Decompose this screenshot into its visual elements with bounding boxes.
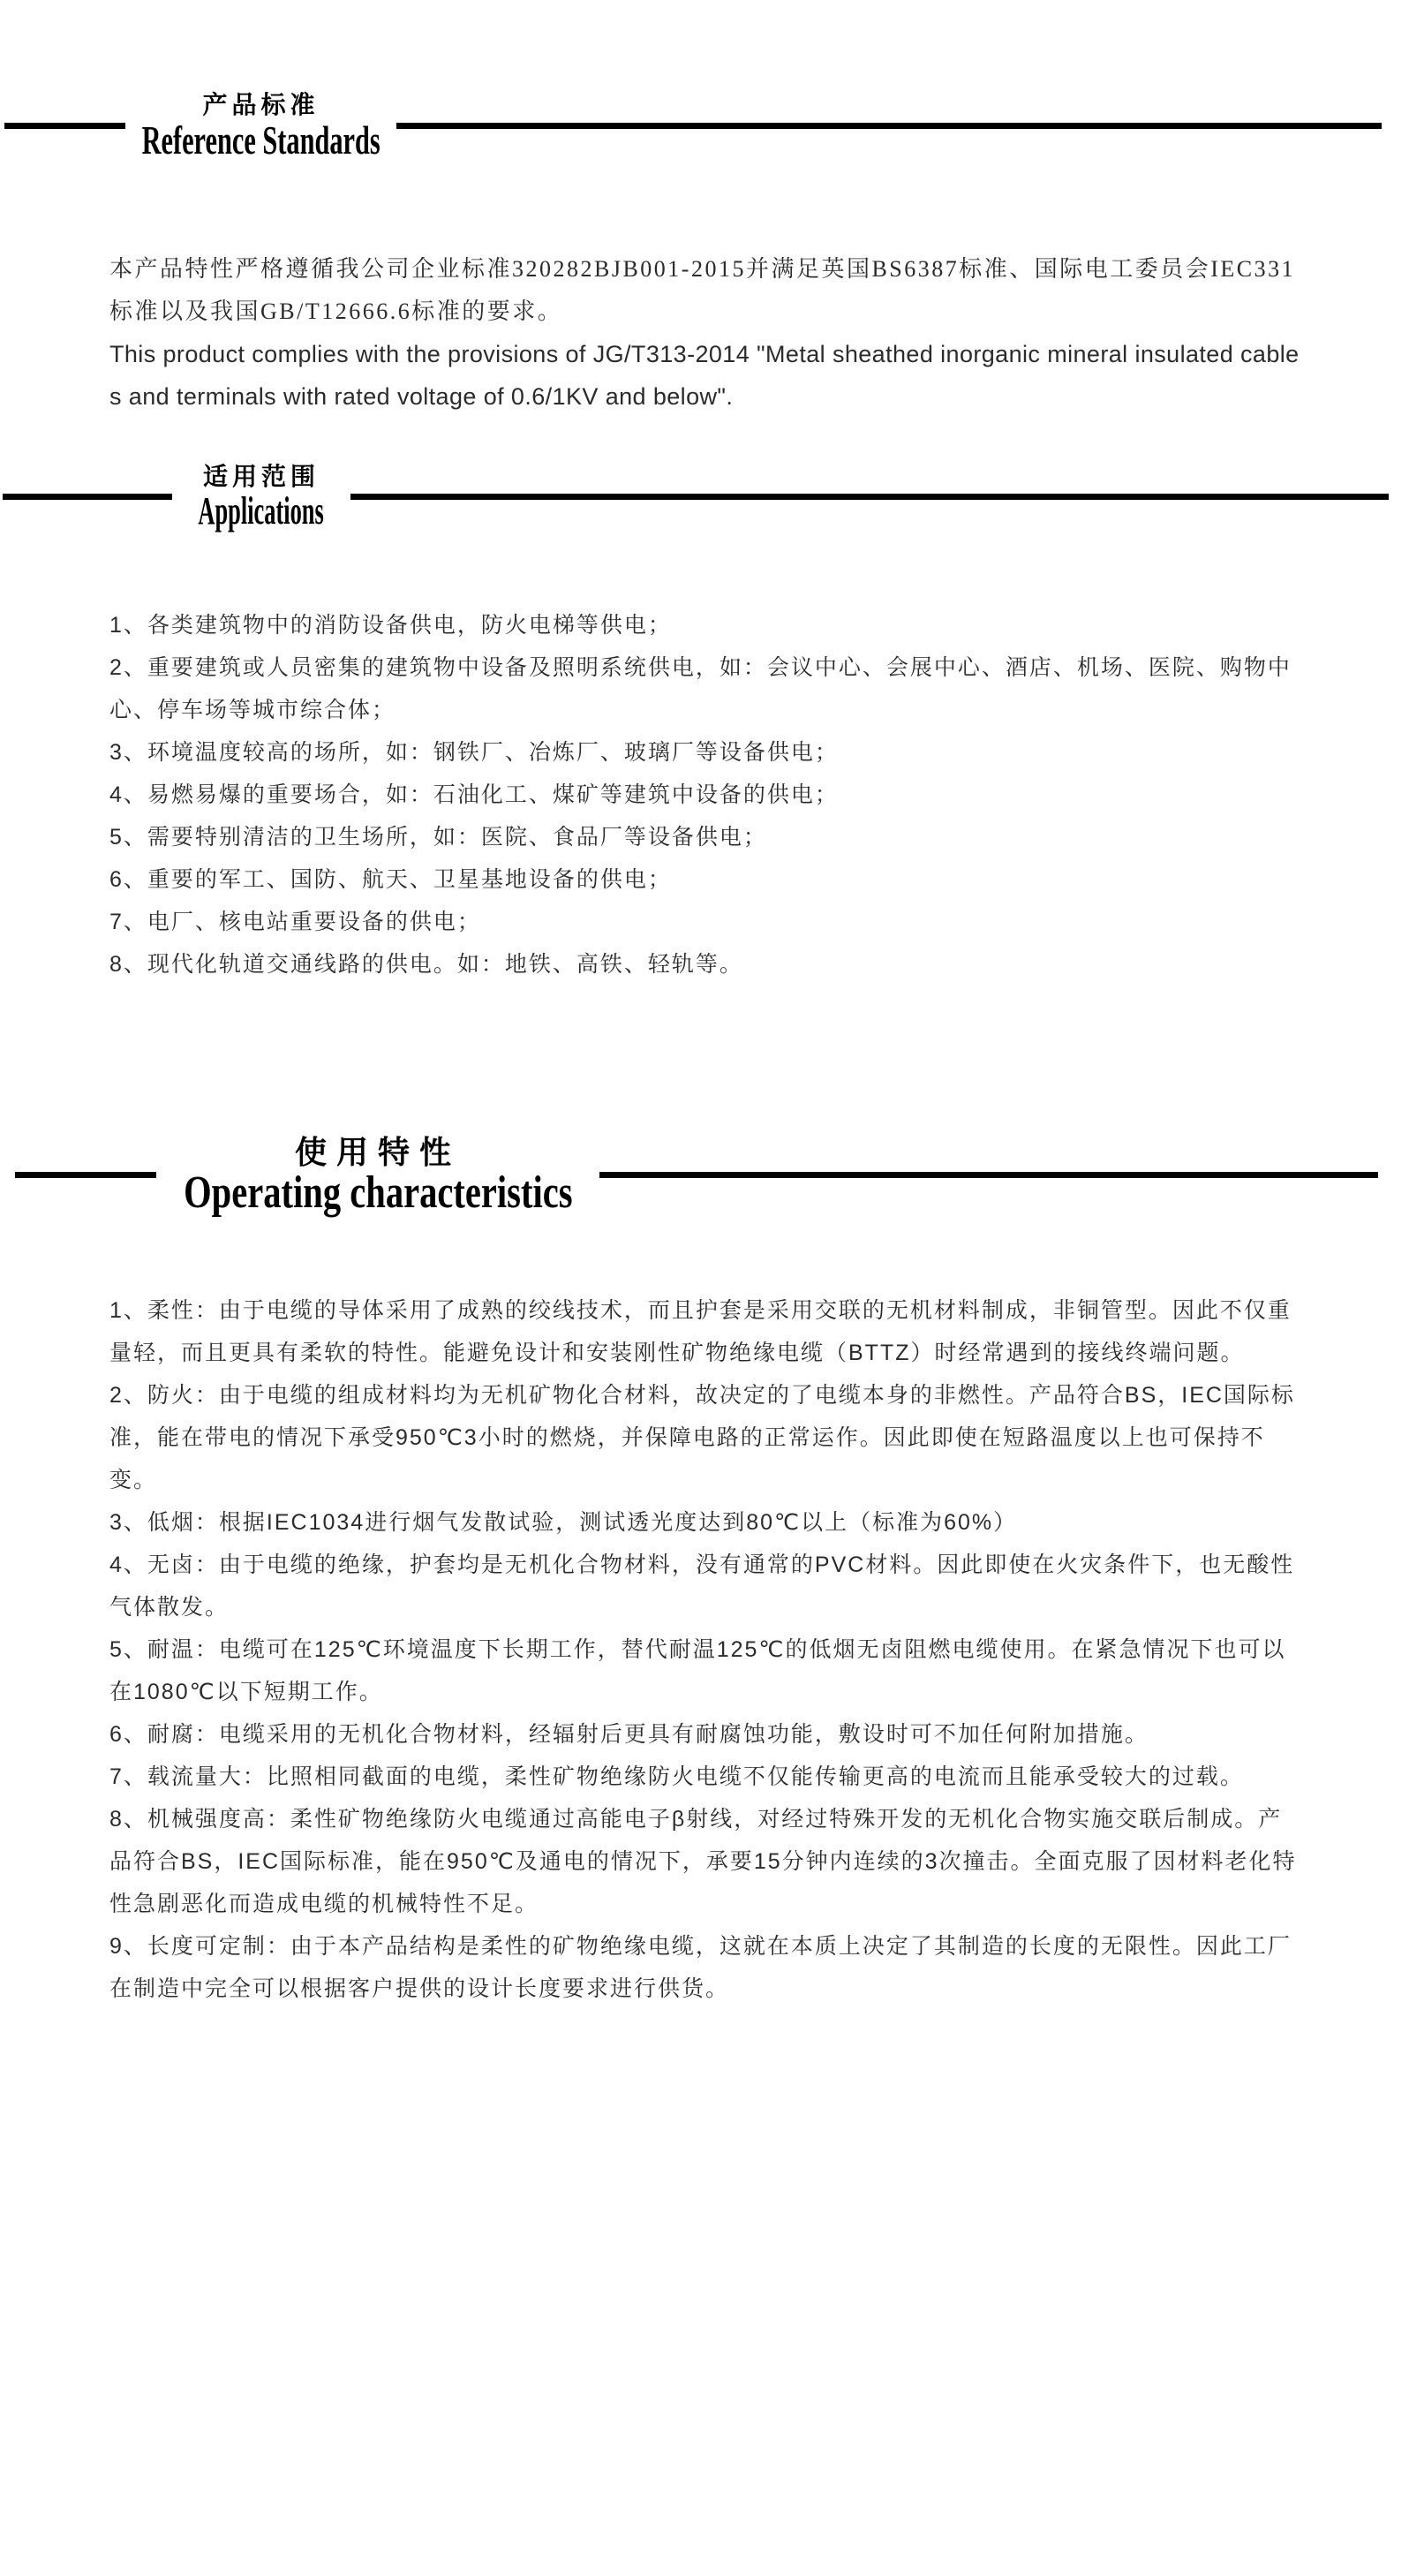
section-title-en: Reference Standards [141,121,380,160]
applications-list-item: 2、重要建筑或人员密集的建筑物中设备及照明系统供电，如：会议中心、会展中心、酒店… [109,646,1303,731]
operating-characteristics-list-item: 5、耐温：电缆可在125℃环境温度下长期工作，替代耐温125℃的低烟无卤阻燃电缆… [109,1628,1303,1713]
operating-characteristics-list-item: 4、无卤：由于电缆的绝缘，护套均是无机化合物材料，没有通常的PVC材料。因此即使… [109,1544,1303,1628]
header-rule-right [396,123,1382,129]
applications-list-item: 5、需要特别清洁的卫生场所，如：医院、食品厂等设备供电； [109,816,1303,858]
applications-list-item: 3、环境温度较高的场所，如：钢铁厂、冶炼厂、玻璃厂等设备供电； [109,731,1303,774]
header-rule-right [599,1172,1378,1178]
section-title-block: 使用特性 Operating characteristics [162,1134,594,1215]
applications-list-item: 1、各类建筑物中的消防设备供电，防火电梯等供电； [109,604,1303,646]
applications-list-item: 4、易燃易爆的重要场合，如：石油化工、煤矿等建筑中设备的供电； [109,774,1303,816]
section-title-zh: 产品标准 [202,91,319,121]
section-title-zh: 使用特性 [295,1134,461,1171]
applications-list-item: 6、重要的军工、国防、航天、卫星基地设备的供电； [109,858,1303,901]
section-body-operating-characteristics: 1、柔性：由于电缆的导体采用了成熟的绞线技术，而且护套是采用交联的无机材料制成，… [109,1289,1303,2010]
operating-characteristics-list-item: 2、防火：由于电缆的组成材料均为无机矿物化合材料，故决定的了电缆本身的非燃性。产… [109,1374,1303,1501]
section-header-reference-standards: 产品标准 Reference Standards [4,90,1382,161]
operating-characteristics-list-item: 9、长度可定制：由于本产品结构是柔性的矿物绝缘电缆，这就在本质上决定了其制造的长… [109,1925,1303,2010]
header-rule-left [4,123,125,129]
section-title-en: Applications [199,493,324,530]
section-header-operating-characteristics: 使用特性 Operating characteristics [15,1137,1378,1212]
section-title-block: 产品标准 Reference Standards [131,91,391,160]
applications-list-item: 7、电厂、核电站重要设备的供电； [109,901,1303,943]
standards-paragraph-en: This product complies with the provision… [109,333,1303,418]
section-body-reference-standards: 本产品特性严格遵循我公司企业标准320282BJB001-2015并满足英国BS… [109,248,1303,418]
standards-paragraph-zh: 本产品特性严格遵循我公司企业标准320282BJB001-2015并满足英国BS… [109,248,1303,333]
section-title-en: Operating characteristics [184,1171,572,1215]
applications-list-item: 8、现代化轨道交通线路的供电。如：地铁、高铁、轻轨等。 [109,943,1303,986]
section-title-zh: 适用范围 [203,463,320,493]
header-rule-left [3,494,172,500]
operating-characteristics-list-item: 6、耐腐：电缆采用的无机化合物材料，经辐射后更具有耐腐蚀功能，敷设时可不加任何附… [109,1713,1303,1756]
section-header-applications: 适用范围 Applications [3,464,1389,529]
document-page: 产品标准 Reference Standards 本产品特性严格遵循我公司企业标… [0,0,1424,2576]
section-title-block: 适用范围 Applications [177,463,345,530]
section-body-applications: 1、各类建筑物中的消防设备供电，防火电梯等供电； 2、重要建筑或人员密集的建筑物… [109,604,1303,986]
operating-characteristics-list-item: 8、机械强度高：柔性矿物绝缘防火电缆通过高能电子β射线，对经过特殊开发的无机化合… [109,1798,1303,1925]
operating-characteristics-list-item: 1、柔性：由于电缆的导体采用了成熟的绞线技术，而且护套是采用交联的无机材料制成，… [109,1289,1303,1374]
header-rule-right [350,494,1389,500]
header-rule-left [15,1172,156,1178]
operating-characteristics-list-item: 3、低烟：根据IEC1034进行烟气发散试验，测试透光度达到80℃以上（标准为6… [109,1501,1303,1544]
operating-characteristics-list-item: 7、载流量大：比照相同截面的电缆，柔性矿物绝缘防火电缆不仅能传输更高的电流而且能… [109,1756,1303,1798]
